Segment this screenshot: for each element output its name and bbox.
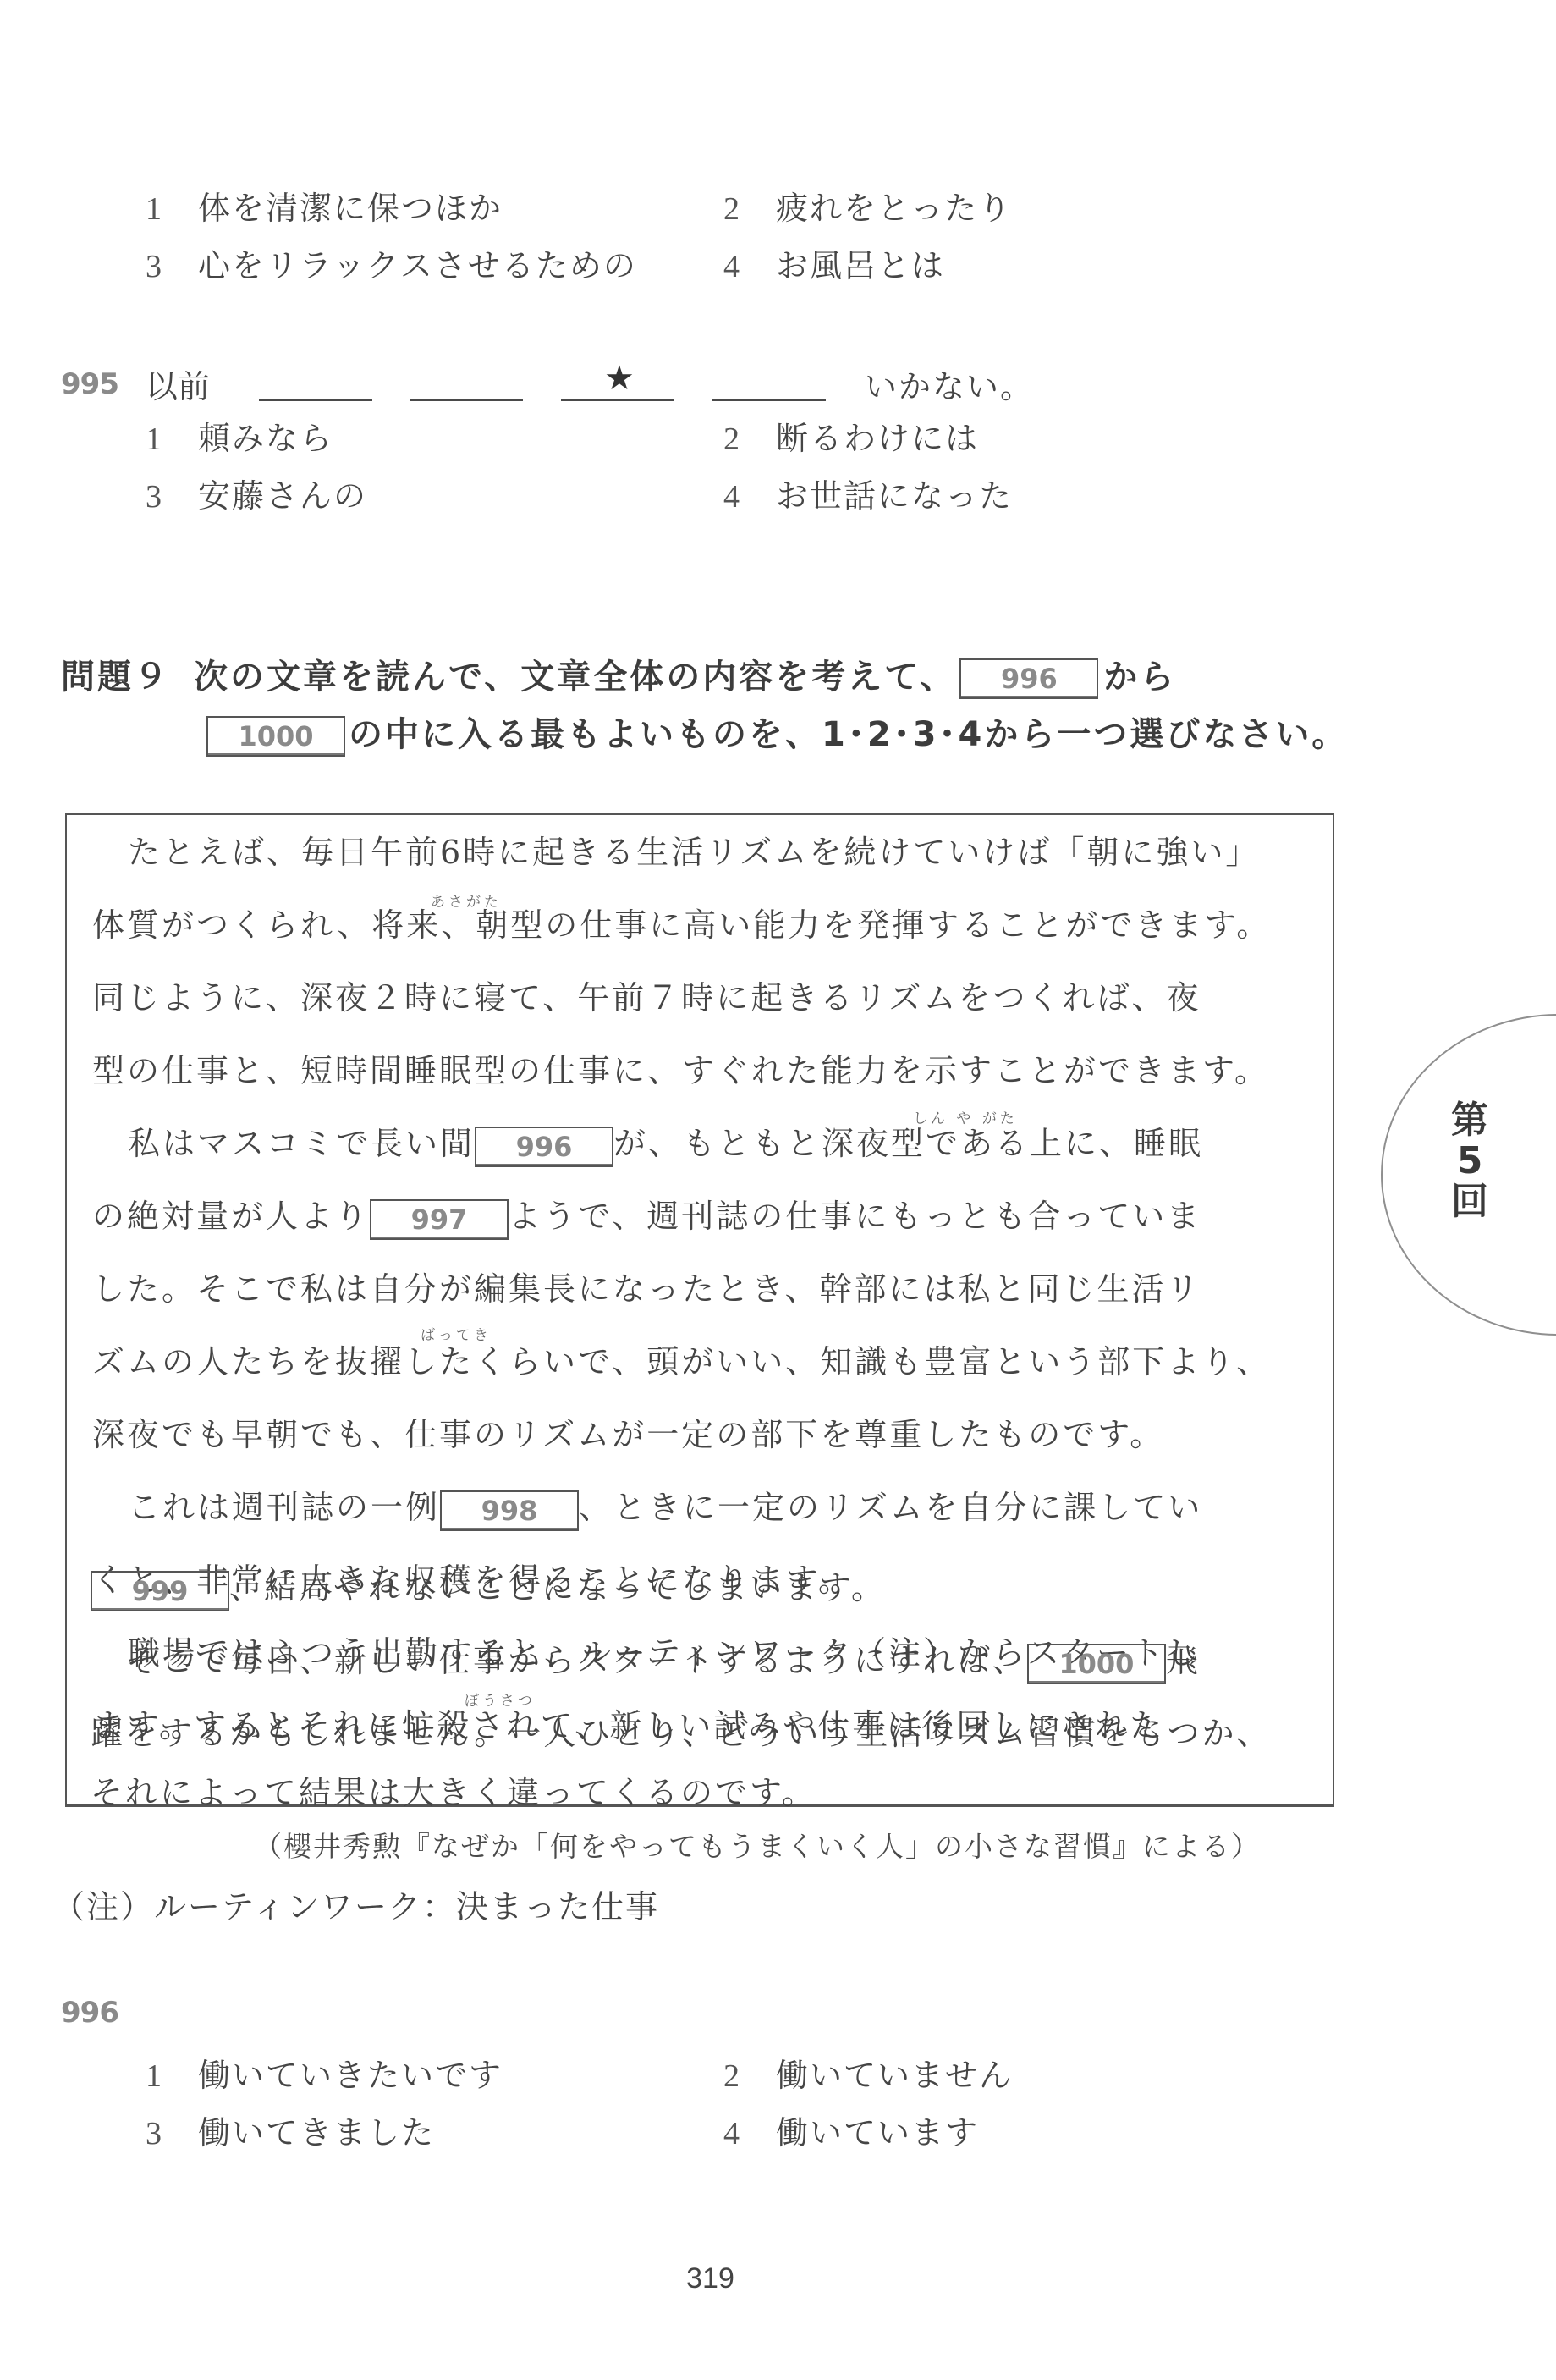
blank-box-996[interactable]: 996 (475, 1127, 613, 1167)
blank-box-996: 996 (959, 658, 1098, 699)
blank-box-1000[interactable]: 1000 (1027, 1644, 1166, 1684)
passage-line: 同じように、深夜２時に寝て、午前７時に起きるリズムをつくれば、夜 (92, 978, 1201, 1018)
question-995-prefix: 以前 (146, 361, 210, 407)
question-995-suffix: いかない。 (865, 361, 1034, 407)
problem-label: 問題９ (61, 658, 170, 697)
option-text: 心をリラックスさせるための (198, 245, 637, 286)
passage-line: の絶対量が人より997ようで、週刊誌の仕事にもっとも合っていま (92, 1196, 1201, 1240)
passage-line: それによって結果は大きく違ってくるのです。 (91, 1776, 816, 1810)
option-number: 4 (723, 246, 776, 287)
passage-line: 型の仕事と、短時間睡眠型の仕事に、すぐれた能力を示すことができます。 (92, 1050, 1269, 1091)
option-1[interactable]: 1 体を清潔に保つほか (146, 188, 503, 229)
passage-line: たとえば、毎日午前6時に起きる生活リズムを続けていけば「朝に強い」 (92, 832, 1260, 873)
instructions-text-2: の中に入る最もよいものを、1･2･3･4から一つ選びなさい。 (349, 715, 1348, 754)
option-3[interactable]: 3 心をリラックスさせるための (146, 245, 637, 287)
question-number-996: 996 (61, 1996, 118, 2030)
blank-box-1000: 1000 (206, 716, 345, 757)
blank-1[interactable] (259, 399, 372, 401)
option-text: 働いていきたいです (198, 2055, 503, 2096)
blank-3-star[interactable] (561, 399, 674, 401)
option-3[interactable]: 3 安藤さんの (146, 476, 367, 517)
option-4[interactable]: 4 働いています (723, 2113, 979, 2154)
option-number: 2 (723, 189, 776, 229)
option-number: 3 (146, 2113, 198, 2154)
option-number: 2 (723, 2056, 776, 2096)
option-text: 頼みなら (198, 418, 333, 459)
passage-line: そこで毎日、新しい仕事からスタートするようにすれば、1000飛 (91, 1640, 1201, 1684)
option-2[interactable]: 2 断るわけには (723, 418, 979, 460)
option-number: 2 (723, 419, 776, 460)
passage-line: した。そこで私は自分が編集長になったとき、幹部には私と同じ生活リ (92, 1269, 1201, 1309)
option-number: 4 (723, 477, 776, 517)
option-text: 体を清潔に保つほか (198, 188, 503, 229)
passage-text: これは週刊誌の一例 (128, 1489, 440, 1526)
blank-box-997[interactable]: 997 (370, 1199, 509, 1240)
blank-2[interactable] (410, 399, 523, 401)
chapter-tab-char-1: 第 (1449, 1100, 1491, 1141)
chapter-tab-char-2: 5 (1449, 1141, 1491, 1182)
option-4[interactable]: 4 お風呂とは (723, 245, 945, 287)
option-number: 4 (723, 2113, 776, 2154)
option-4[interactable]: 4 お世話になった (723, 476, 1013, 517)
blank-4[interactable] (712, 399, 826, 401)
blank-box-998[interactable]: 998 (440, 1490, 579, 1531)
option-number: 1 (146, 189, 198, 229)
chapter-tab-char-3: 回 (1449, 1182, 1491, 1222)
option-1[interactable]: 1 働いていきたいです (146, 2055, 503, 2096)
passage-line: 999、結局やれないことになってしまいます。 (91, 1567, 886, 1611)
option-text: 疲れをとったり (776, 188, 1012, 229)
page-number: 319 (0, 2262, 1421, 2295)
option-text: 断るわけには (776, 418, 979, 459)
passage-text: 飛 (1166, 1642, 1201, 1679)
instructions-text-1: 次の文章を読んで、文章全体の内容を考えて、 (194, 658, 956, 697)
instructions-line-2: 1000の中に入る最もよいものを、1･2･3･4から一つ選びなさい。 (206, 708, 1348, 757)
passage-text: そこで毎日、新しい仕事からスタートするようにすれば、 (126, 1642, 1027, 1679)
option-number: 3 (146, 477, 198, 517)
star-icon: ★ (604, 359, 635, 398)
passage-text: 、ときに一定のリズムを自分に課してい (579, 1489, 1202, 1526)
instructions-line-1: 問題９次の文章を読んで、文章全体の内容を考えて、996から (61, 650, 1176, 699)
option-number: 1 (146, 2056, 198, 2096)
option-text: お世話になった (776, 476, 1013, 516)
option-2[interactable]: 2 働いていません (723, 2055, 1013, 2096)
passage-line: 体質がつくられ、将来、朝型の仕事に高い能力を発揮することができます。 (92, 905, 1271, 945)
passage-line: 深夜でも早朝でも、仕事のリズムが一定の部下を尊重したものです。 (92, 1414, 1164, 1455)
option-text: 働いてきました (198, 2113, 435, 2153)
option-number: 3 (146, 246, 198, 287)
option-text: 働いています (776, 2113, 979, 2153)
blank-box-999[interactable]: 999 (91, 1571, 229, 1611)
passage-line: これは週刊誌の一例998、ときに一定のリズムを自分に課してい (92, 1487, 1202, 1531)
option-text: お風呂とは (776, 245, 945, 286)
option-1[interactable]: 1 頼みなら (146, 418, 333, 460)
passage-text: の絶対量が人より (92, 1198, 370, 1235)
question-number-995: 995 (61, 367, 118, 401)
passage-line: 私はマスコミで長い間996が、もともと深夜型である上に、睡眠 (92, 1123, 1203, 1167)
passage-text: ようで、週刊誌の仕事にもっとも合っていま (509, 1198, 1201, 1235)
option-text: 働いていません (776, 2055, 1013, 2096)
option-text: 安藤さんの (198, 476, 367, 516)
chapter-tab-label: 第 5 回 (1449, 1100, 1491, 1222)
footnote: （注）ルーティンワーク：決まった仕事 (52, 1881, 659, 1927)
option-3[interactable]: 3 働いてきました (146, 2113, 435, 2154)
option-number: 1 (146, 419, 198, 460)
instructions-text-1-end: から (1103, 658, 1176, 697)
passage-line: ズムの人たちを抜擢したくらいで、頭がいい、知識も豊富という部下より、 (92, 1342, 1271, 1382)
passage-line: 躍をするかもしれません。一人ひとり、どういう生活リズム習慣をもつか、 (91, 1713, 1272, 1754)
passage-text: 、結局やれないことになってしまいます。 (229, 1569, 886, 1606)
source-citation: （櫻井秀勲『なぜか「何をやってもうまくいく人」の小さな習慣』による） (254, 1825, 1261, 1865)
passage-text: 私はマスコミで長い間 (128, 1125, 475, 1162)
passage-text: が、もともと深夜型である上に、睡眠 (613, 1125, 1203, 1162)
option-2[interactable]: 2 疲れをとったり (723, 188, 1012, 229)
